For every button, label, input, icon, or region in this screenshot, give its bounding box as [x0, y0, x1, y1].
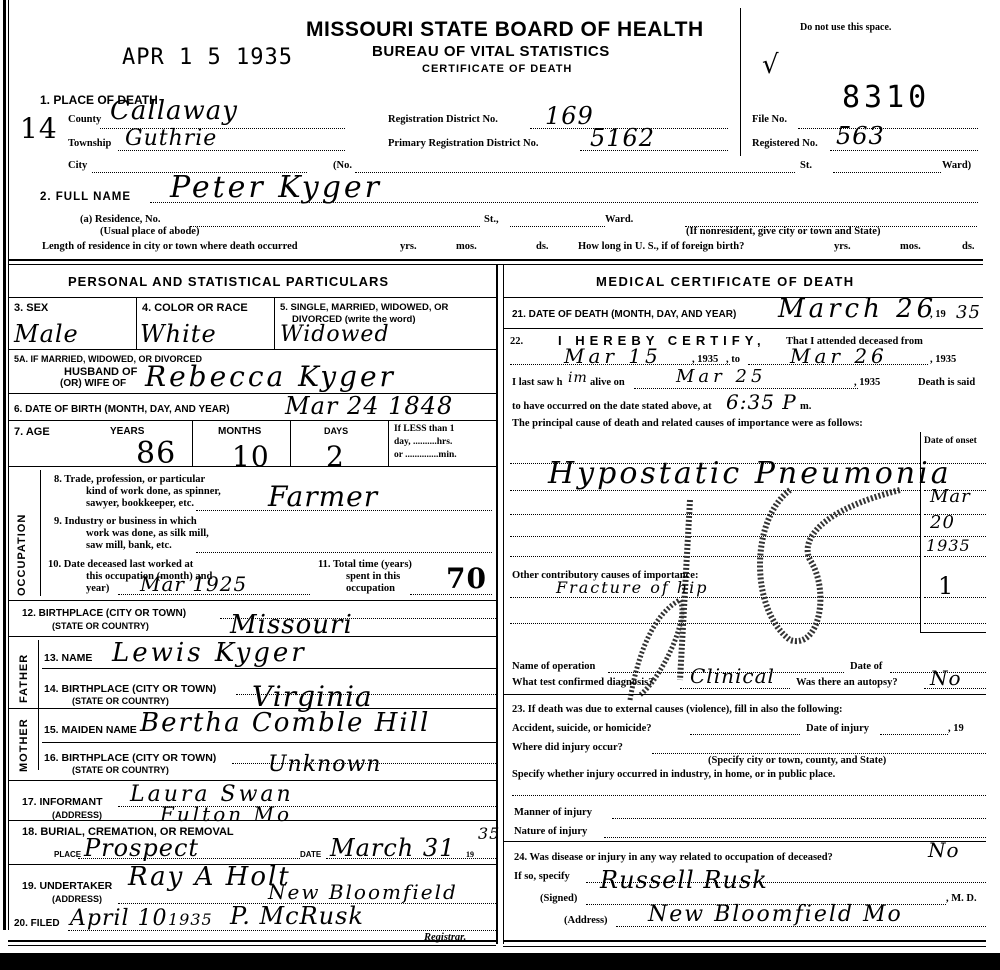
- date-of-birth-value[interactable]: Mar 24 1848: [285, 392, 453, 420]
- attended-from-value[interactable]: Mar 15: [564, 344, 662, 368]
- test-confirmed-value[interactable]: Clinical: [690, 664, 775, 688]
- age-days-value[interactable]: 2: [326, 440, 345, 473]
- autopsy-value[interactable]: No: [930, 666, 962, 690]
- father-birthplace-label: 14. BIRTHPLACE (CITY OR TOWN): [44, 683, 216, 695]
- injury-place-type-label: Specify whether injury occurred in indus…: [512, 769, 835, 780]
- date-of-death-year-prefix: , 19: [930, 309, 946, 320]
- test-confirmed-label: What test confirmed diagnosis?: [512, 677, 653, 688]
- autopsy-label: Was there an autopsy?: [796, 677, 898, 688]
- birthplace-sublabel: (STATE OR COUNTRY): [52, 621, 149, 631]
- minutes-label: or ..............min.: [394, 450, 457, 460]
- residence-days-label: ds.: [536, 241, 549, 252]
- manner-of-injury-label: Manner of injury: [514, 807, 592, 818]
- file-number-stamp: 8310: [842, 80, 930, 115]
- residence-years-label: yrs.: [400, 241, 417, 252]
- industry-label-1: 9. Industry or business in which: [54, 516, 197, 527]
- mother-side-label: MOTHER: [18, 712, 30, 772]
- last-saw-year: , 1935: [854, 377, 880, 388]
- spouse-name-value[interactable]: Rebecca Kyger: [145, 360, 396, 393]
- county-value[interactable]: Callaway: [110, 96, 238, 126]
- trade-label-1: 8. Trade, profession, or particular: [54, 474, 205, 485]
- informant-address-value[interactable]: Fulton Mo: [160, 802, 292, 826]
- sex-value[interactable]: Male: [14, 320, 79, 348]
- time-of-death-value[interactable]: 6:35 P: [726, 390, 797, 414]
- mother-birthplace-value[interactable]: Unknown: [268, 752, 381, 777]
- last-saw-pronoun[interactable]: im: [568, 370, 588, 386]
- hours-label: day, ..........hrs.: [394, 437, 452, 447]
- total-time-value[interactable]: 70: [446, 562, 487, 595]
- operation-date-label: Date of: [850, 661, 882, 672]
- trade-label-3: sawyer, bookkeeper, etc.: [86, 498, 194, 509]
- informant-address-label: (ADDRESS): [52, 810, 102, 820]
- last-worked-value[interactable]: Mar 1925: [140, 572, 247, 596]
- undertaker-address-label: (ADDRESS): [52, 894, 102, 904]
- primary-registration-label: Primary Registration District No.: [388, 138, 538, 149]
- father-name-label: 13. NAME: [44, 652, 92, 664]
- registration-district-value[interactable]: 169: [545, 102, 594, 130]
- registered-no-value[interactable]: 563: [836, 122, 885, 150]
- death-said-label: Death is said: [918, 377, 975, 388]
- township-value[interactable]: Guthrie: [125, 126, 217, 151]
- full-name-label: 2. FULL NAME: [40, 191, 131, 203]
- marital-status-label: 5. SINGLE, MARRIED, WIDOWED, OR: [280, 302, 448, 313]
- physician-address-value[interactable]: New Bloomfield Mo: [648, 902, 903, 927]
- residence-street-label: St.,: [484, 214, 499, 225]
- physician-signature: Russell Rusk: [600, 866, 768, 894]
- city-label: City: [68, 160, 87, 171]
- registration-district-label: Registration District No.: [388, 114, 498, 125]
- date-of-death-label: 21. DATE OF DEATH (MONTH, DAY, AND YEAR): [512, 309, 736, 320]
- race-value[interactable]: White: [140, 320, 217, 348]
- registrar-signature: P. McRusk: [230, 902, 364, 930]
- residence-label: (a) Residence, No.: [80, 214, 160, 225]
- foreign-days-label: ds.: [962, 241, 975, 252]
- scan-edge-band: [0, 953, 1000, 970]
- occupation-related-label: 24. Was disease or injury in any way rel…: [514, 852, 833, 863]
- onset-column-label: Date of onset: [924, 436, 977, 446]
- ward-label: Ward): [942, 160, 971, 171]
- filed-date-value[interactable]: April 10: [70, 906, 168, 931]
- margin-number: 14: [20, 112, 58, 145]
- date-of-death-year[interactable]: 35: [956, 302, 981, 323]
- undertaker-address-value[interactable]: New Bloomfield: [268, 880, 458, 904]
- last-saw-date-value[interactable]: Mar 25: [676, 366, 766, 387]
- operation-label: Name of operation: [512, 661, 595, 672]
- attended-to-label: , to: [726, 354, 740, 365]
- township-label: Township: [68, 138, 111, 149]
- total-time-label-3: occupation: [346, 583, 395, 594]
- burial-date-label: DATE: [300, 850, 321, 859]
- residence-sublabel: (Usual place of abode): [100, 226, 199, 237]
- received-date-stamp: APR 1 5 1935: [122, 45, 293, 70]
- mother-birthplace-label: 16. BIRTHPLACE (CITY OR TOWN): [44, 752, 216, 764]
- occupation-related-value[interactable]: No: [928, 838, 960, 862]
- time-suffix: m.: [800, 401, 811, 412]
- age-days-label: DAYS: [324, 426, 348, 436]
- less-than-day-label: If LESS than 1: [394, 424, 454, 434]
- left-border: [3, 0, 6, 930]
- foreign-months-label: mos.: [900, 241, 921, 252]
- age-months-label: MONTHS: [218, 426, 261, 437]
- trade-label-2: kind of work done, as spinner,: [86, 486, 221, 497]
- left-border-inner: [8, 0, 9, 930]
- nature-of-injury-label: Nature of injury: [514, 826, 587, 837]
- burial-place-value[interactable]: Prospect: [84, 834, 199, 862]
- filed-label: 20. FILED: [14, 918, 60, 929]
- trade-value[interactable]: Farmer: [268, 480, 378, 513]
- date-of-death-value[interactable]: March 26: [778, 294, 937, 324]
- alive-on-label: alive on: [590, 377, 625, 388]
- certify-number: 22.: [510, 336, 523, 347]
- filed-year-value[interactable]: 1935: [168, 910, 213, 929]
- county-label: County: [68, 114, 101, 125]
- check-mark: √: [762, 50, 780, 80]
- onset-value-4[interactable]: 1: [938, 572, 954, 600]
- where-injury-sublabel: (Specify city or town, county, and State…: [708, 755, 886, 766]
- maiden-name-value[interactable]: Bertha Comble Hill: [140, 708, 430, 738]
- form-name: CERTIFICATE OF DEATH: [422, 63, 572, 75]
- age-months-value[interactable]: 10: [232, 440, 270, 473]
- residence-months-label: mos.: [456, 241, 477, 252]
- age-label: 7. AGE: [14, 426, 50, 438]
- primary-registration-value[interactable]: 5162: [590, 124, 655, 152]
- burial-year-value[interactable]: 35: [478, 824, 500, 843]
- date-of-birth-label: 6. DATE OF BIRTH (MONTH, DAY, AND YEAR): [14, 404, 230, 415]
- father-name-value[interactable]: Lewis Kyger: [112, 638, 307, 668]
- if-so-specify-label: If so, specify: [514, 871, 570, 882]
- last-saw-label: I last saw h: [512, 377, 562, 388]
- length-of-residence-label: Length of residence in city or town wher…: [42, 241, 298, 252]
- informant-label: 17. INFORMANT: [22, 796, 103, 808]
- file-no-label: File No.: [752, 114, 787, 125]
- full-name-value[interactable]: Peter Kyger: [170, 170, 382, 205]
- occurred-at-label: to have occurred on the date stated abov…: [512, 401, 712, 412]
- registered-no-label: Registered No.: [752, 138, 818, 149]
- attended-to-year: , 1935: [930, 354, 956, 365]
- street-label: St.: [800, 160, 812, 171]
- industry-label-2: work was done, as silk mill,: [86, 528, 209, 539]
- undertaker-value[interactable]: Ray A Holt: [128, 862, 291, 892]
- marital-status-value[interactable]: Widowed: [280, 322, 390, 347]
- maiden-name-label: 15. MAIDEN NAME: [44, 724, 137, 736]
- cause-intro: The principal cause of death and related…: [512, 418, 863, 429]
- document-title: MISSOURI STATE BOARD OF HEALTH: [306, 18, 704, 42]
- personal-heading: PERSONAL AND STATISTICAL PARTICULARS: [68, 274, 389, 289]
- industry-label-3: saw mill, bank, etc.: [86, 540, 172, 551]
- burial-year-prefix: 19: [466, 850, 474, 859]
- total-time-label-1: 11. Total time (years): [318, 559, 412, 570]
- md-label: , M. D.: [946, 893, 977, 904]
- bureau-subtitle: BUREAU OF VITAL STATISTICS: [372, 43, 610, 60]
- signed-label: (Signed): [540, 893, 577, 904]
- mother-birthplace-sublabel: (STATE OR COUNTRY): [72, 765, 169, 775]
- medical-heading: MEDICAL CERTIFICATE OF DEATH: [596, 274, 855, 289]
- other-causes-value[interactable]: Fracture of hip: [556, 578, 709, 597]
- total-time-label-2: spent in this: [346, 571, 400, 582]
- injury-date-label: Date of injury: [806, 723, 869, 734]
- accident-label: Accident, suicide, or homicide?: [512, 723, 652, 734]
- burial-date-value[interactable]: March 31: [330, 834, 455, 862]
- foreign-birth-label: How long in U. S., if of foreign birth?: [578, 241, 744, 252]
- attended-from-year: , 1935: [692, 354, 718, 365]
- father-side-label: FATHER: [18, 645, 30, 703]
- where-injury-label: Where did injury occur?: [512, 742, 623, 753]
- foreign-years-label: yrs.: [834, 241, 851, 252]
- residence-ward-label: Ward.: [605, 214, 633, 225]
- father-birthplace-sublabel: (STATE OR COUNTRY): [72, 696, 169, 706]
- nonresident-note: (If nonresident, give city or town and S…: [686, 226, 880, 237]
- last-worked-label-3: year): [86, 583, 109, 594]
- attended-to-value[interactable]: Mar 26: [790, 344, 888, 368]
- injury-year-label: , 19: [948, 723, 964, 734]
- office-use-note: Do not use this space.: [800, 22, 891, 33]
- office-space-divider: [740, 8, 741, 156]
- undertaker-label: 19. UNDERTAKER: [22, 880, 112, 892]
- sex-label: 3. SEX: [14, 302, 48, 314]
- occupation-side-label: OCCUPATION: [16, 486, 28, 596]
- external-causes-label: 23. If death was due to external causes …: [512, 704, 842, 715]
- race-label: 4. COLOR OR RACE: [142, 302, 248, 314]
- wife-of-label: (OR) WIFE OF: [60, 378, 126, 389]
- husband-of-label: HUSBAND OF: [64, 366, 137, 378]
- birthplace-label: 12. BIRTHPLACE (CITY OR TOWN): [22, 608, 186, 619]
- last-worked-label-1: 10. Date deceased last worked at: [48, 559, 193, 570]
- physician-address-label: (Address): [564, 915, 608, 926]
